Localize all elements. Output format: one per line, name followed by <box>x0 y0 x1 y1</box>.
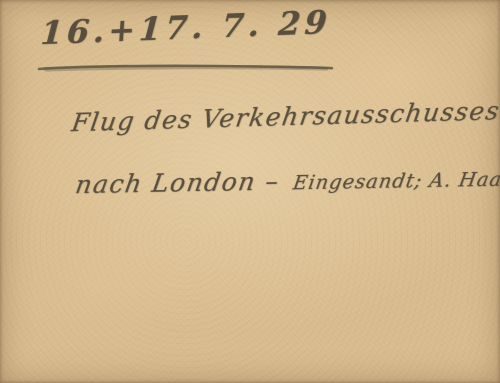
caption-line-1: Flug des Verkehrsausschusses <box>70 96 500 137</box>
date-underline <box>36 60 336 74</box>
caption-destination: nach London – <box>73 166 281 199</box>
caption-line-2: nach London –Eingesandt; A. Haas <box>73 162 500 199</box>
photographer-credit: Eingesandt; A. Haas <box>291 167 500 194</box>
date-heading: 16.+17. 7. 29 <box>39 3 332 52</box>
handwritten-note-paper: 16.+17. 7. 29 Flug des Verkehrsausschuss… <box>0 0 500 383</box>
